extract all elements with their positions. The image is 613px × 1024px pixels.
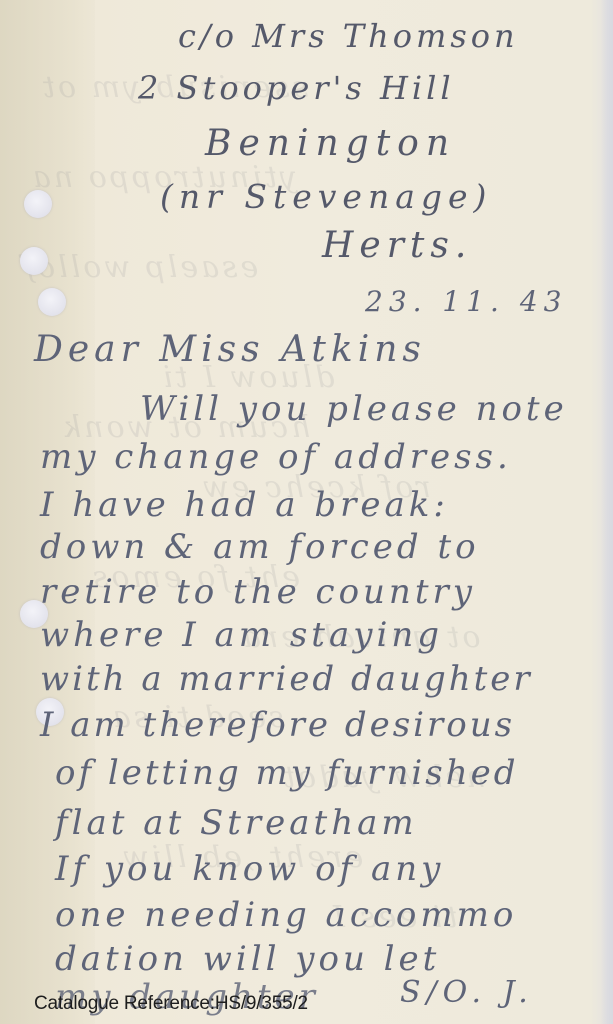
body-line: retire to the country bbox=[40, 575, 476, 609]
catalogue-reference: Catalogue Reference:HS/9/355/2 bbox=[34, 993, 308, 1015]
body-line: dation will you let bbox=[55, 942, 440, 976]
address-line-3: Benington bbox=[205, 126, 456, 162]
body-line: down & am forced to bbox=[40, 530, 480, 564]
body-line: I have had a break: bbox=[40, 488, 449, 522]
punch-hole bbox=[20, 247, 48, 275]
marginal-note: S/O. J. bbox=[400, 978, 534, 1008]
punch-hole bbox=[24, 190, 52, 218]
address-line-2: 2 Stooper's Hill bbox=[138, 72, 455, 104]
body-line: If you know of any bbox=[55, 852, 444, 886]
letter-date: 23. 11. 43 bbox=[365, 288, 568, 316]
body-line: I am therefore desirous bbox=[40, 708, 515, 742]
page-edge bbox=[601, 0, 613, 1024]
punch-hole bbox=[38, 288, 66, 316]
address-line-4: (nr Stevenage) bbox=[160, 180, 492, 213]
address-line-5: Herts. bbox=[322, 228, 472, 264]
body-line: one needing accommo bbox=[55, 898, 517, 932]
body-line: my change of address. bbox=[40, 440, 512, 474]
address-line-1: c/o Mrs Thomson bbox=[178, 20, 519, 52]
body-line: of letting my furnished bbox=[55, 756, 519, 790]
body-line: Will you please note bbox=[140, 392, 568, 426]
bleed-through-text: esaelp wollof bbox=[20, 250, 258, 285]
body-line: flat at Streatham bbox=[55, 806, 418, 840]
salutation: Dear Miss Atkins bbox=[34, 332, 426, 368]
body-line: where I am staying bbox=[40, 618, 443, 652]
body-line: with a married daughter bbox=[40, 662, 533, 696]
letter-page: ssenisub ym ot ytinutroppo na esaelp wol… bbox=[0, 0, 613, 1024]
